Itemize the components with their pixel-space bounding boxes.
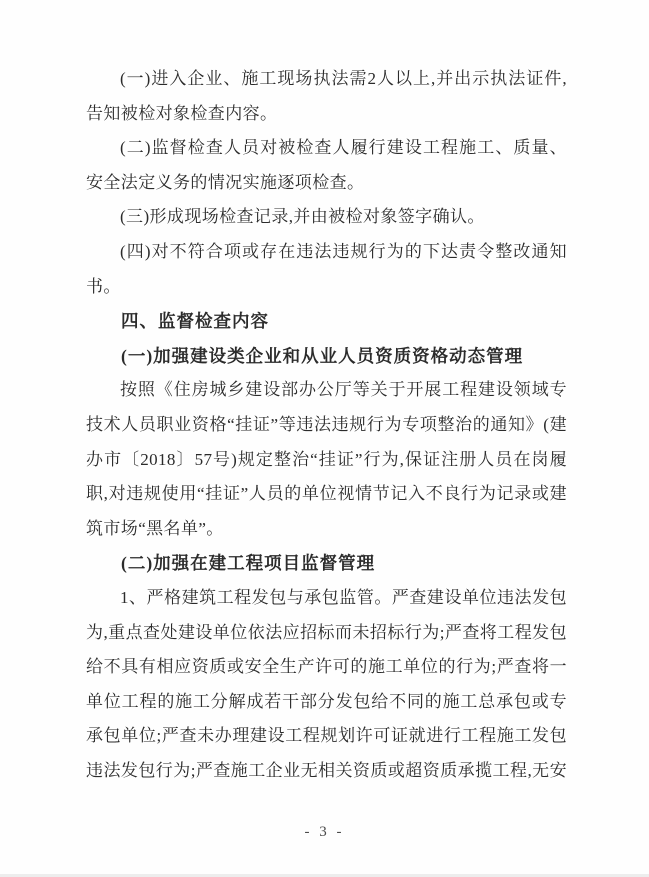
paragraph-line: (一)进入企业、施工现场执法需2人以上,并出示执法证件, [86, 62, 567, 97]
heading-subsection-1: (一)加强建设类企业和从业人员资质资格动态管理 [86, 339, 567, 374]
paragraph-line: 按照《住房城乡建设部办公厅等关于开展工程建设领域专业 [86, 373, 567, 408]
page-number: - 3 - [0, 817, 649, 847]
document-page: (一)进入企业、施工现场执法需2人以上,并出示执法证件, 告知被检对象检查内容。… [0, 0, 649, 877]
paragraph-line: 告知被检对象检查内容。 [86, 97, 567, 132]
paragraph-line: 技术人员职业资格“挂证”等违法违规行为专项整治的通知》(建 [86, 408, 567, 443]
paragraph-line: 为,重点查处建设单位依法应招标而未招标行为;严查将工程发包 [86, 616, 567, 651]
paragraph-line: 给不具有相应资质或安全生产许可的施工单位的行为;严查将一个 [86, 650, 567, 685]
document-body: (一)进入企业、施工现场执法需2人以上,并出示执法证件, 告知被检对象检查内容。… [86, 62, 567, 788]
paragraph-line: (二)监督检查人员对被检查人履行建设工程施工、质量、 [86, 131, 567, 166]
paragraph-line: (三)形成现场检查记录,并由被检对象签字确认。 [86, 200, 567, 235]
paragraph-line: 违法发包行为;严查施工企业无相关资质或超资质承揽工程,无安 [86, 754, 567, 789]
paragraph-line: 1、严格建筑工程发包与承包监管。严查建设单位违法发包行 [86, 581, 567, 616]
paragraph-line: 承包单位;严查未办理建设工程规划许可证就进行工程施工发包等 [86, 719, 567, 754]
paragraph-line: (四)对不符合项或存在违法违规行为的下达责令整改通知 [86, 235, 567, 270]
paragraph-line: 办市〔2018〕57号)规定整治“挂证”行为,保证注册人员在岗履 [86, 443, 567, 478]
paragraph-line: 单位工程的施工分解成若干部分发包给不同的施工总承包或专业 [86, 685, 567, 720]
heading-section-4: 四、监督检查内容 [86, 304, 567, 339]
heading-subsection-2: (二)加强在建工程项目监督管理 [86, 546, 567, 581]
paragraph-line: 职,对违规使用“挂证”人员的单位视情节记入不良行为记录或建 [86, 477, 567, 512]
paragraph-line: 筑市场“黑名单”。 [86, 512, 567, 547]
paragraph-line: 安全法定义务的情况实施逐项检查。 [86, 166, 567, 201]
paragraph-line: 书。 [86, 270, 567, 305]
